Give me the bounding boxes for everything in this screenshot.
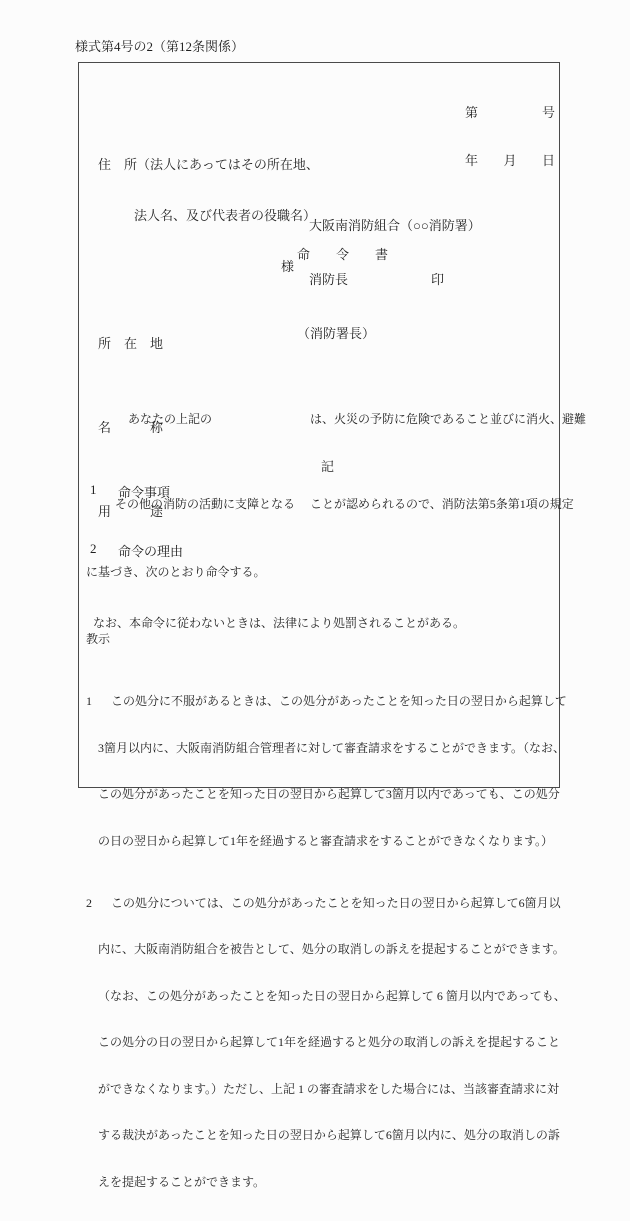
seal-placeholder: 印	[431, 271, 444, 289]
kyoji-item-1-line-1-text: この処分に不服があるときは、この処分があったことを知った日の翌日から起算して	[111, 694, 567, 710]
addressee-line1: 住 所（法人にあってはその所在地、	[98, 156, 319, 173]
ki-heading: 記	[321, 456, 334, 475]
kyoji-item-2-line-5: ができなくなります。）ただし、上記 1 の審査請求をした場合には、当該審査請求に…	[86, 1082, 558, 1098]
order-item-1-label: 命令事項	[118, 482, 170, 501]
document-border-box: 第 号 年 月 日 住 所（法人にあってはその所在地、 法人名、及び代表者の役職…	[78, 62, 560, 788]
field-location-label: 所 在 地	[98, 330, 163, 358]
form-number-label: 様式第4号の2（第12条関係）	[75, 36, 244, 55]
document-title: 命 令 書	[297, 244, 388, 263]
month-label: 月	[503, 153, 516, 169]
order-item-2-label: 命令の理由	[118, 541, 183, 560]
document-date-line: 年 月 日	[465, 153, 555, 169]
kyoji-item-2-line-1: 2 この処分については、この処分があったことを知った日の翌日から起算して6箇月以	[86, 896, 558, 912]
issuer-chief-line: 消防長 印	[309, 271, 444, 289]
addressee-line2: 法人名、及び代表者の役職名）	[98, 207, 319, 224]
body-line-1-suffix: は、火災の予防に危険であること並びに消火、避難	[310, 412, 586, 426]
day-label: 日	[542, 153, 555, 169]
order-item-2: 2 命令の理由	[90, 541, 183, 560]
go-label: 号	[542, 105, 555, 121]
document-number-line: 第 号	[465, 105, 555, 121]
order-item-1-number: 1	[90, 482, 118, 501]
fire-station-chief-label: （消防署長）	[297, 325, 481, 343]
kyoji-item-2-line-1-text: この処分については、この処分があったことを知った日の翌日から起算して6箇月以	[111, 896, 561, 912]
document-page: 様式第4号の2（第12条関係） 第 号 年 月 日 住 所（法人にあってはその所…	[0, 0, 630, 903]
body-line-2-suffix: ことが認められるので、消防法第5条第1項の規定	[310, 497, 574, 511]
order-item-2-number: 2	[90, 541, 118, 560]
year-label: 年	[465, 153, 478, 169]
kyoji-item-1-number: 1	[86, 694, 111, 710]
fire-chief-label: 消防長	[309, 271, 348, 289]
kyoji-heading: 教示	[86, 632, 558, 648]
kyoji-item-1-line-2: 3箇月以内に、大阪南消防組合管理者に対して審査請求をすることができます。（なお、	[86, 741, 558, 757]
dai-label: 第	[465, 105, 478, 121]
body-line-3: に基づき、次のとおり命令する。	[86, 564, 556, 581]
kyoji-item-1-line-4: の日の翌日から起算して1年を経過すると審査請求をすることができなくなります。）	[86, 834, 558, 850]
kyoji-item-2-line-6: する裁決があったことを知った日の翌日から起算して6箇月以内に、処分の取消しの訴	[86, 1128, 558, 1144]
kyoji-item-2-line-2: 内に、大阪南消防組合を被告として、処分の取消しの訴えを提起することができます。	[86, 942, 558, 958]
kyoji-item-2-line-4: この処分の日の翌日から起算して1年を経過すると処分の取消しの訴えを提起すること	[86, 1035, 558, 1051]
kyoji-item-2-number: 2	[86, 896, 111, 912]
kyoji-item-2-line-7: えを提起することができます。	[86, 1175, 558, 1191]
kyoji-item-1-line-3: この処分があったことを知った日の翌日から起算して3箇月以内であっても、この処分	[86, 787, 558, 803]
body-line-1-prefix: あなたの上記の	[128, 412, 212, 426]
issuer-organization: 大阪南消防組合（○○消防署）	[309, 217, 481, 235]
addressee-honorific: 様	[98, 258, 319, 275]
body-line-1: あなたの上記のは、火災の予防に危険であること並びに消火、避難	[86, 394, 556, 445]
kyoji-notice-block: 教示 1 この処分に不服があるときは、この処分があったことを知った日の翌日から起…	[86, 601, 558, 1221]
kyoji-item-2-line-3: （なお、この処分があったことを知った日の翌日から起算して 6 箇月以内であっても…	[86, 989, 558, 1005]
order-item-1: 1 命令事項	[90, 482, 170, 501]
issuer-block: 大阪南消防組合（○○消防署） 消防長 印 （消防署長）	[309, 181, 481, 379]
kyoji-item-1-line-1: 1 この処分に不服があるときは、この処分があったことを知った日の翌日から起算して	[86, 694, 558, 710]
